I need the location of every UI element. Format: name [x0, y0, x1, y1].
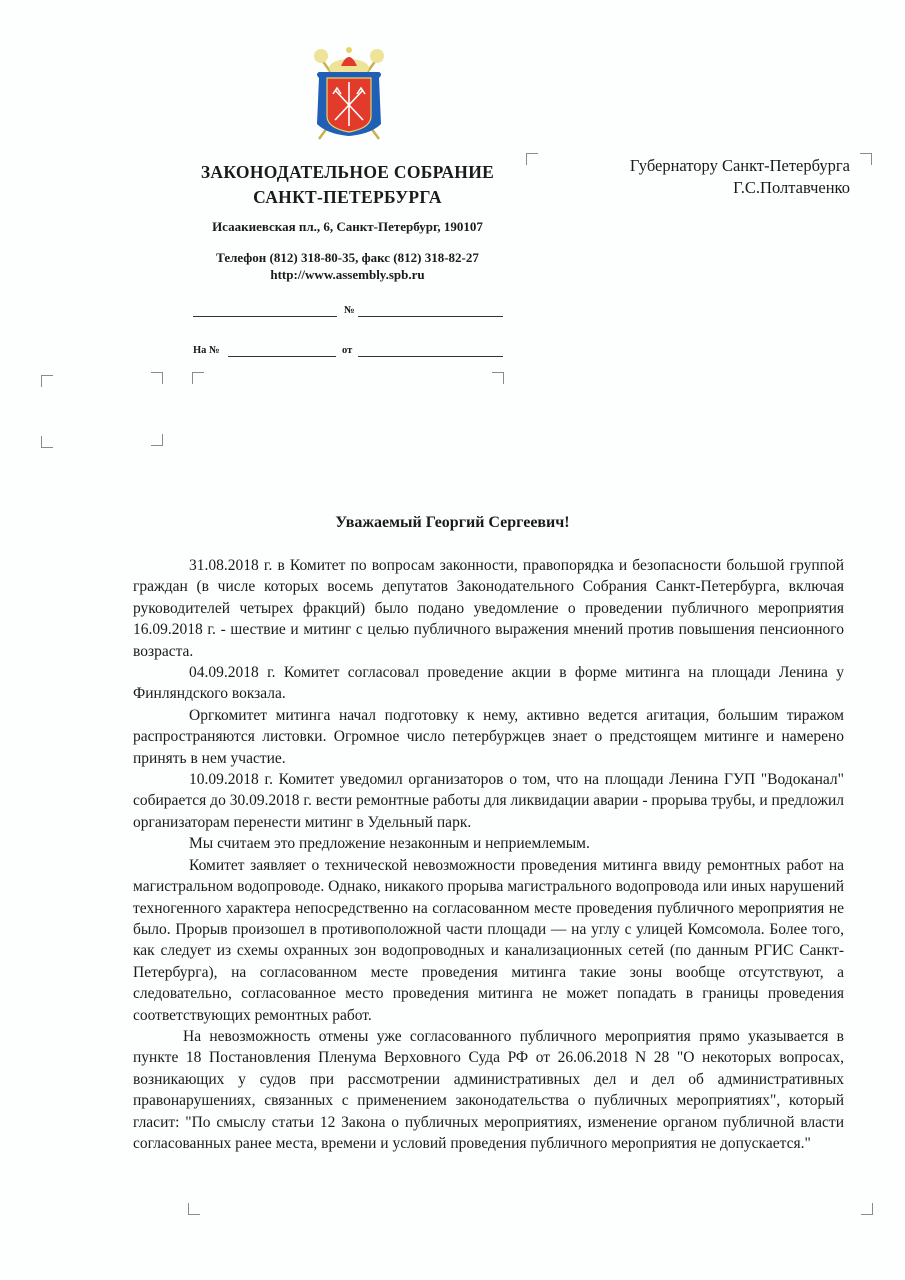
website-link: http://www.assembly.spb.ru: [170, 266, 525, 283]
organization-contacts: Телефон (812) 318-80-35, факс (812) 318-…: [170, 249, 525, 283]
paragraph: 31.08.2018 г. в Комитет по вопросам зако…: [133, 555, 844, 662]
paragraph: Комитет заявляет о технической невозможн…: [133, 855, 844, 1026]
addressee: Губернатору Санкт-Петербурга Г.С.Полтавч…: [630, 155, 850, 199]
paragraph: 04.09.2018 г. Комитет согласовал проведе…: [133, 662, 844, 705]
addressee-title: Губернатору Санкт-Петербурга: [630, 155, 850, 177]
outgoing-number-field: [358, 316, 503, 317]
corner-mark: [526, 153, 538, 165]
org-name-line2: САНКТ-ПЕТЕРБУРГА: [170, 185, 525, 210]
corner-mark: [151, 434, 163, 446]
corner-mark: [861, 1203, 873, 1215]
corner-mark: [151, 372, 163, 384]
organization-name: ЗАКОНОДАТЕЛЬНОЕ СОБРАНИЕ САНКТ-ПЕТЕРБУРГ…: [170, 160, 525, 210]
phone-fax: Телефон (812) 318-80-35, факс (812) 318-…: [170, 249, 525, 266]
paragraph: Мы считаем это предложение незаконным и …: [133, 833, 844, 854]
coat-of-arms-icon: [311, 44, 387, 144]
corner-mark: [860, 153, 872, 165]
corner-mark: [41, 436, 53, 448]
corner-mark: [492, 372, 504, 384]
number-label: №: [344, 305, 355, 316]
organization-address: Исаакиевская пл., 6, Санкт-Петербург, 19…: [170, 219, 525, 235]
paragraph: На невозможность отмены уже согласованно…: [133, 1026, 844, 1154]
corner-mark: [41, 375, 53, 387]
reply-number-field: [228, 356, 336, 357]
outgoing-date-field: [193, 316, 337, 317]
corner-mark: [188, 1203, 200, 1215]
reply-from-label: от: [342, 345, 352, 356]
org-name-line1: ЗАКОНОДАТЕЛЬНОЕ СОБРАНИЕ: [170, 160, 525, 185]
salutation: Уважаемый Георгий Сергеевич!: [0, 514, 905, 532]
letter-body: 31.08.2018 г. в Комитет по вопросам зако…: [133, 555, 844, 1154]
reply-date-field: [358, 356, 503, 357]
addressee-name: Г.С.Полтавченко: [630, 177, 850, 199]
reply-number-label: На №: [193, 345, 220, 356]
paragraph: 10.09.2018 г. Комитет уведомил организат…: [133, 769, 844, 833]
corner-mark: [192, 372, 204, 384]
paragraph: Оргкомитет митинга начал подготовку к не…: [133, 705, 844, 769]
